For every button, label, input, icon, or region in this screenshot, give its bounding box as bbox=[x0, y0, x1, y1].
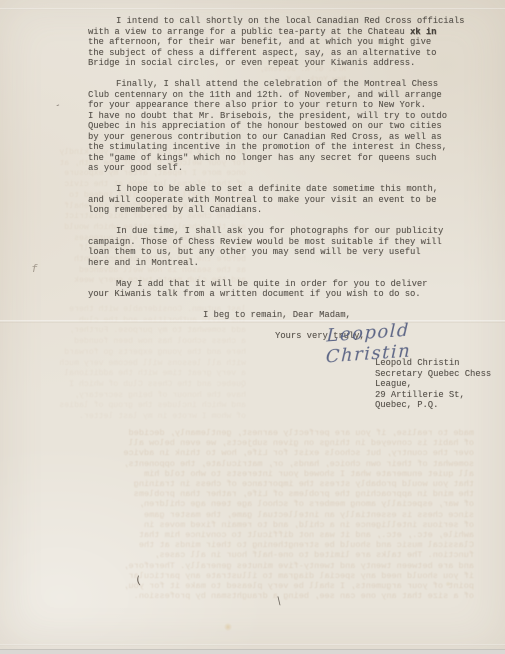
paragraph-text: I intend to call shortly on the local Ca… bbox=[88, 16, 464, 37]
paragraph-photographs: In due time, I shall ask you for photogr… bbox=[88, 226, 480, 268]
overstruck-text: xk in bbox=[410, 27, 436, 37]
paragraph-written-document: May I add that it will be quite in order… bbox=[88, 279, 480, 300]
paragraph-text: the afternoon, for their war benefit, an… bbox=[88, 37, 436, 68]
paragraph-definite-date: I hope to be able to set a definite date… bbox=[88, 184, 480, 216]
letter-body: I intend to call shortly on the local Ca… bbox=[88, 16, 480, 342]
scanned-letter: Mrs. G. K. Stevens, New York, N.Y. getti… bbox=[0, 0, 505, 654]
paragraph-montreal-centenary: Finally, I shall attend the celebration … bbox=[88, 79, 480, 174]
paragraph-red-cross: I intend to call shortly on the local Ca… bbox=[88, 16, 480, 69]
signature-block: Leopold Christin Secretary Quebec Chess … bbox=[375, 358, 505, 411]
bleed-through-text: made to realise, if you are perfectly ea… bbox=[22, 428, 474, 601]
scanner-edge-strip bbox=[0, 649, 505, 654]
